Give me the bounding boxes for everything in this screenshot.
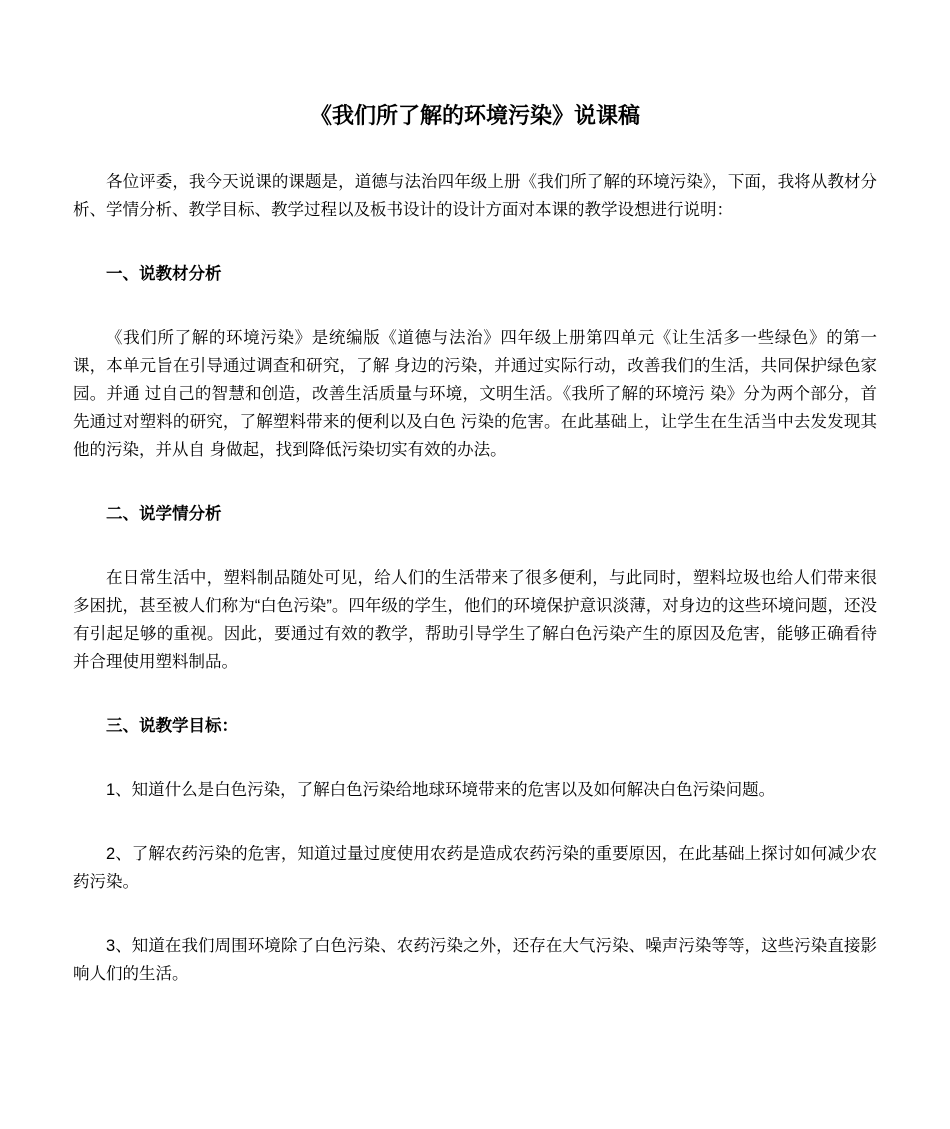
section-heading-textbook-analysis: 一、说教材分析 <box>73 260 877 288</box>
teaching-goal-item-1: 1、知道什么是白色污染，了解白色污染给地球环境带来的危害以及如何解决白色污染问题… <box>73 776 877 804</box>
document-title: 《我们所了解的环境污染》说课稿 <box>73 100 877 132</box>
document-content: 《我们所了解的环境污染》说课稿 各位评委，我今天说课的课题是，道德与法治四年级上… <box>0 0 950 988</box>
teaching-goal-item-2: 2、了解农药污染的危害，知道过量过度使用农药是造成农药污染的重要原因，在此基础上… <box>73 840 877 896</box>
section-heading-teaching-goals: 三、说教学目标： <box>73 712 877 740</box>
teaching-goal-item-3: 3、知道在我们周围环境除了白色污染、农药污染之外，还存在大气污染、噪声污染等等，… <box>73 932 877 988</box>
textbook-analysis-paragraph: 《我们所了解的环境污染》是统编版《道德与法治》四年级上册第四单元《让生活多一些绿… <box>73 324 877 464</box>
document-page: 《我们所了解的环境污染》说课稿 各位评委，我今天说课的课题是，道德与法治四年级上… <box>0 0 950 1129</box>
intro-paragraph: 各位评委，我今天说课的课题是，道德与法治四年级上册《我们所了解的环境污染》，下面… <box>73 168 877 224</box>
section-heading-learner-analysis: 二、说学情分析 <box>73 500 877 528</box>
learner-analysis-paragraph: 在日常生活中，塑料制品随处可见，给人们的生活带来了很多便利，与此同时，塑料垃圾也… <box>73 564 877 676</box>
